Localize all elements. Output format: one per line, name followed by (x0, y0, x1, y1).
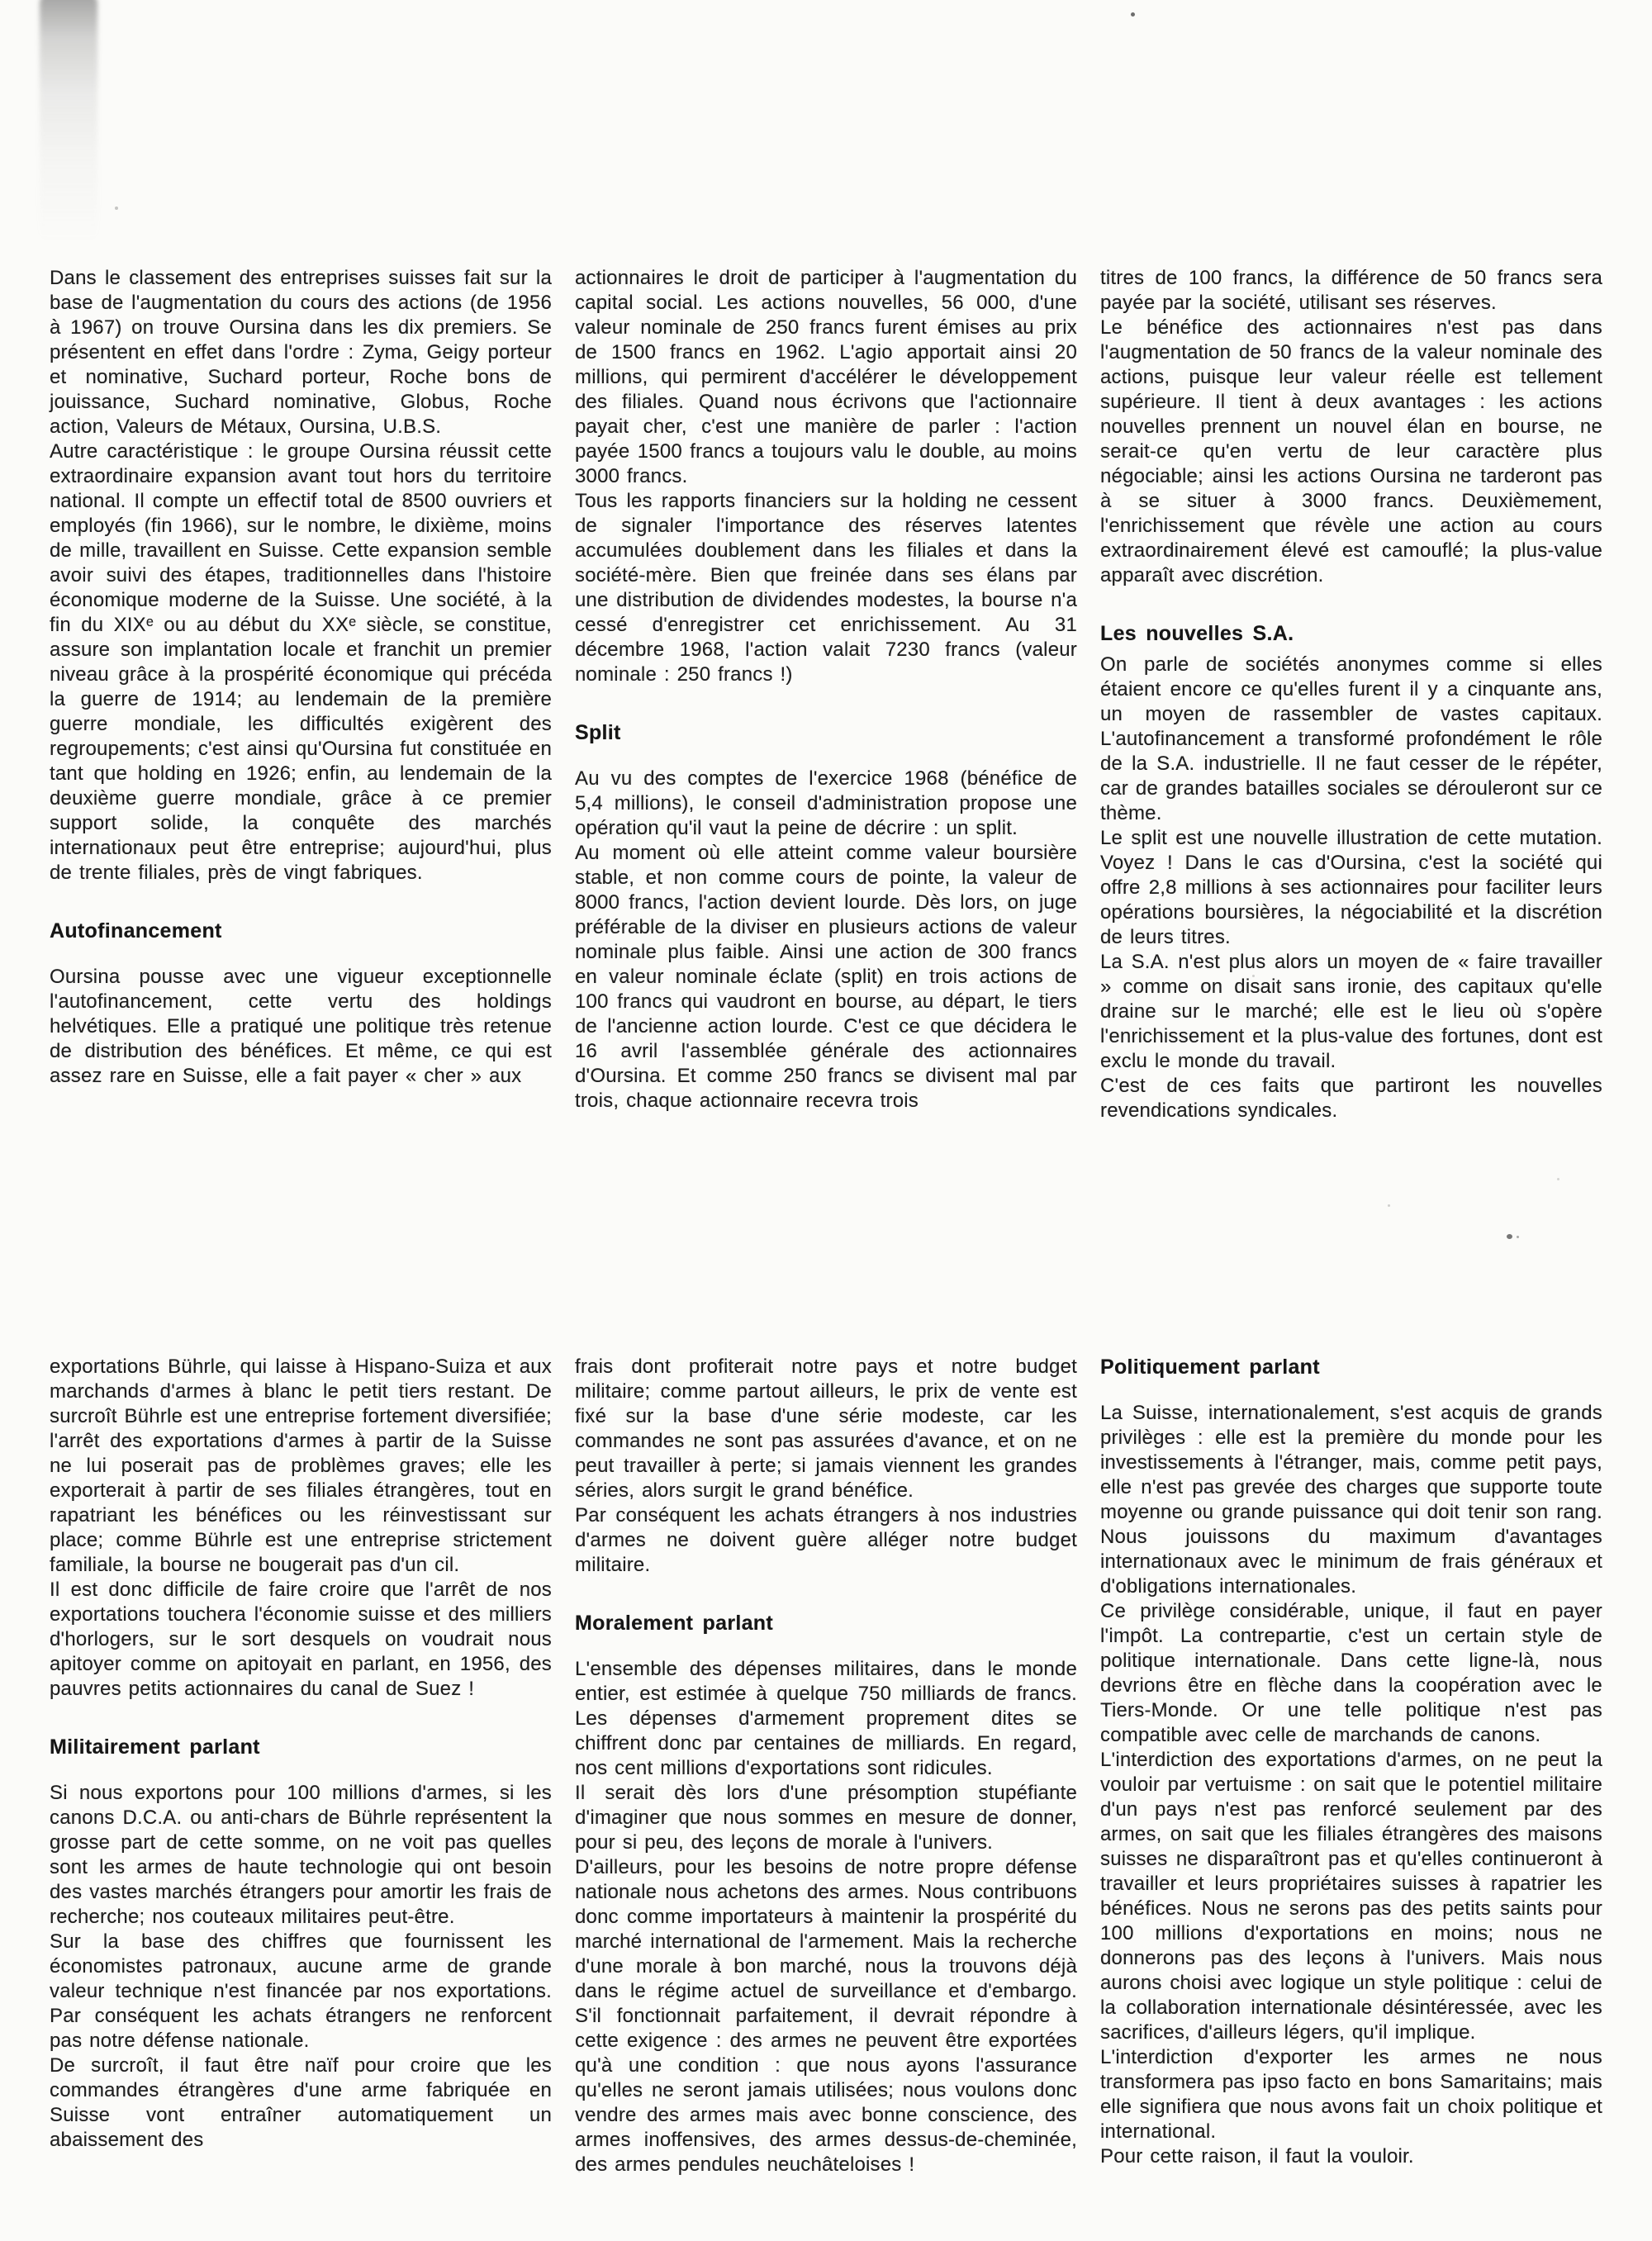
column-bottom-middle: frais dont profiterait notre pays et not… (575, 1355, 1077, 2177)
paragraph: Dans le classement des entreprises suiss… (50, 266, 552, 439)
scan-speck (115, 207, 118, 210)
paragraph: frais dont profiterait notre pays et not… (575, 1355, 1077, 1503)
scanned-newspaper-page: Dans le classement des entreprises suiss… (0, 0, 1652, 2241)
scan-speck (1388, 1204, 1390, 1207)
paragraph: Autre caractéristique : le groupe Oursin… (50, 439, 552, 885)
column-bottom-left: exportations Bührle, qui laisse à Hispan… (50, 1355, 552, 2153)
paragraph: actionnaires le droit de participer à l'… (575, 266, 1077, 489)
column-bottom-right: Politiquement parlant La Suisse, interna… (1100, 1355, 1602, 2169)
paragraph: L'interdiction des exportations d'armes,… (1100, 1748, 1602, 2045)
paragraph: On parle de sociétés anonymes comme si e… (1100, 653, 1602, 826)
paragraph: Au moment où elle atteint comme valeur b… (575, 841, 1077, 1113)
paragraph: Il serait dès lors d'une présomption stu… (575, 1781, 1077, 1855)
paragraph: Tous les rapports financiers sur la hold… (575, 489, 1077, 687)
section-heading: Autofinancement (50, 919, 552, 943)
section-heading: Les nouvelles S.A. (1100, 621, 1602, 646)
scan-speck (1507, 1234, 1512, 1239)
paragraph: Il est donc difficile de faire croire qu… (50, 1578, 552, 1702)
scan-speck (1131, 12, 1135, 17)
paragraph: Au vu des comptes de l'exercice 1968 (bé… (575, 767, 1077, 841)
section-heading: Moralement parlant (575, 1611, 1077, 1636)
paragraph: Oursina pousse avec une vigueur exceptio… (50, 965, 552, 1089)
paragraph: exportations Bührle, qui laisse à Hispan… (50, 1355, 552, 1578)
section-heading: Split (575, 720, 1077, 745)
paragraph: L'ensemble des dépenses militaires, dans… (575, 1657, 1077, 1781)
paragraph: C'est de ces faits que partiront les nou… (1100, 1074, 1602, 1123)
column-top-right: titres de 100 francs, la différence de 5… (1100, 266, 1602, 1123)
paragraph: De surcroît, il faut être naïf pour croi… (50, 2053, 552, 2153)
paragraph: Le split est une nouvelle illustration d… (1100, 826, 1602, 950)
scan-smudge (40, 0, 97, 241)
paragraph: Si nous exportons pour 100 millions d'ar… (50, 1781, 552, 1930)
column-top-left: Dans le classement des entreprises suiss… (50, 266, 552, 1089)
column-top-middle: actionnaires le droit de participer à l'… (575, 266, 1077, 1113)
paragraph: Ce privilège considérable, unique, il fa… (1100, 1599, 1602, 1748)
paragraph: titres de 100 francs, la différence de 5… (1100, 266, 1602, 316)
section-heading: Militairement parlant (50, 1735, 552, 1759)
paragraph: L'interdiction d'exporter les armes ne n… (1100, 2045, 1602, 2144)
scan-speck (1557, 1178, 1559, 1180)
paragraph: Par conséquent les achats étrangers à no… (575, 1503, 1077, 1578)
paragraph: Sur la base des chiffres que fournissent… (50, 1930, 552, 2053)
paragraph: La S.A. n'est plus alors un moyen de « f… (1100, 950, 1602, 1074)
paragraph: Pour cette raison, il faut la vouloir. (1100, 2144, 1602, 2169)
scan-speck (1517, 1236, 1519, 1238)
paragraph: Le bénéfice des actionnaires n'est pas d… (1100, 316, 1602, 588)
paragraph: D'ailleurs, pour les besoins de notre pr… (575, 1855, 1077, 2177)
paragraph: La Suisse, internationalement, s'est acq… (1100, 1401, 1602, 1599)
section-heading: Politiquement parlant (1100, 1355, 1602, 1379)
